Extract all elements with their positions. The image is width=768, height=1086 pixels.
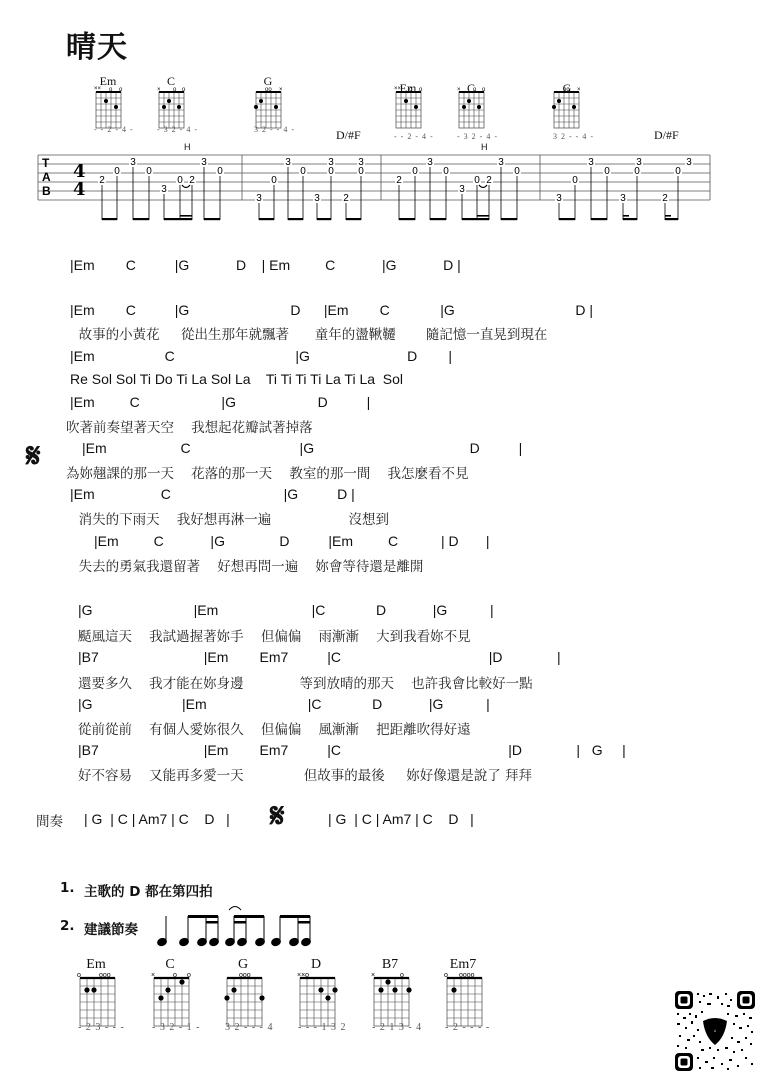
chord-fingering: - 2 1 3 - 4 bbox=[372, 1022, 422, 1033]
chorus-chord-line: |G |Em |C D |G | bbox=[78, 601, 494, 619]
segno-icon: 𝄋 bbox=[270, 796, 285, 836]
qr-code[interactable]: ♫ bbox=[675, 991, 755, 1071]
svg-text:o: o bbox=[400, 972, 404, 979]
chord-fingering: - 2 - - - - bbox=[445, 1022, 490, 1033]
chord-fingering: 3 2 - - 4 - bbox=[254, 125, 295, 134]
svg-text:×: × bbox=[371, 972, 375, 979]
guitar-tab-staff: T A B 4 4 2 0 3 0 3 0 2 3 0 3 0 3 0 3 3 … bbox=[0, 150, 768, 230]
verse-solfege-line: Re Sol Sol Ti Do Ti La Sol La Ti Ti Ti T… bbox=[70, 370, 403, 388]
svg-text:0: 0 bbox=[328, 166, 334, 177]
svg-text:2: 2 bbox=[396, 175, 402, 186]
interlude-chords-2: | G | C | Am7 | C D | bbox=[328, 810, 474, 828]
svg-text:ooo: ooo bbox=[99, 972, 111, 979]
chord-label: G bbox=[547, 81, 587, 96]
chord-label: G bbox=[248, 74, 288, 89]
prechorus-lyric-line: 為妳翹課的那一天 花落的那一天 教室的那一間 我怎麼看不見 bbox=[66, 462, 469, 482]
svg-text:2: 2 bbox=[343, 193, 349, 204]
chorus-chord-line: |B7 |Em Em7 |C |D | G | bbox=[78, 741, 626, 759]
svg-text:3: 3 bbox=[201, 157, 207, 168]
bottom-chord-diagrams: oooo ×oo ooo ××o ×o ooooo bbox=[0, 970, 520, 1028]
svg-text:3: 3 bbox=[588, 157, 594, 168]
svg-text:o: o bbox=[77, 972, 81, 979]
chorus-chord-line: |B7 |Em Em7 |C |D | bbox=[78, 648, 561, 666]
svg-text:0: 0 bbox=[300, 166, 306, 177]
svg-text:×: × bbox=[151, 972, 155, 979]
svg-text:3: 3 bbox=[161, 184, 167, 195]
svg-text:3: 3 bbox=[427, 157, 433, 168]
svg-text:4: 4 bbox=[73, 179, 86, 200]
song-title: 晴天 bbox=[66, 22, 128, 66]
svg-text:0: 0 bbox=[514, 166, 520, 177]
interlude-chords-1: | G | C | Am7 | C D | bbox=[84, 810, 230, 828]
note-2-text: 建議節奏 bbox=[84, 918, 138, 938]
slash-chord-label: D/#F bbox=[654, 128, 679, 143]
svg-text:××o: ××o bbox=[297, 972, 309, 979]
svg-text:0: 0 bbox=[114, 166, 120, 177]
svg-text:ooo: ooo bbox=[239, 972, 251, 979]
chord-fingering: - - - 1 3 2 bbox=[298, 1022, 347, 1033]
svg-text:A: A bbox=[42, 170, 51, 184]
prechorus-chord-line: |Em C |G D |Em C | D | bbox=[94, 532, 489, 550]
svg-text:B: B bbox=[42, 184, 51, 198]
chord-fingering: - 3 2 - 1 - bbox=[152, 1022, 201, 1033]
svg-text:0: 0 bbox=[474, 175, 480, 186]
verse-chord-line: |Em C |G D | bbox=[70, 393, 370, 411]
svg-text:♫: ♫ bbox=[714, 1028, 717, 1033]
prechorus-chord-line: |Em C |G D | bbox=[70, 485, 355, 503]
chord-fingering: 3 2 - - - 4 bbox=[225, 1022, 274, 1033]
svg-text:0: 0 bbox=[572, 175, 578, 186]
svg-text:0: 0 bbox=[412, 166, 418, 177]
svg-text:0: 0 bbox=[358, 166, 364, 177]
svg-text:2: 2 bbox=[486, 175, 492, 186]
svg-text:0: 0 bbox=[675, 166, 681, 177]
svg-text:2: 2 bbox=[99, 175, 105, 186]
svg-text:0: 0 bbox=[177, 175, 183, 186]
chord-fingering: - - 2 - 4 - bbox=[94, 125, 134, 134]
note-2-number: 2. bbox=[60, 918, 75, 934]
chord-diagram-g: ooo bbox=[224, 972, 264, 1026]
svg-text:3: 3 bbox=[459, 184, 465, 195]
svg-text:2: 2 bbox=[189, 175, 195, 186]
chord-diagram-c: ×oo bbox=[157, 87, 186, 128]
chorus-lyric-line: 颳風這天 我試過握著妳手 但偏偏 雨漸漸 大到我看妳不見 bbox=[78, 625, 471, 645]
note-1-number: 1. bbox=[60, 880, 75, 896]
chord-diagram-b7: ×o bbox=[371, 972, 412, 1026]
chord-fingering: 3 2 - - 4 - bbox=[553, 132, 594, 141]
svg-text:o: o bbox=[173, 972, 177, 979]
intro-chord-line: |Em C |G D | Em C |G D | bbox=[70, 256, 461, 274]
svg-text:3: 3 bbox=[620, 193, 626, 204]
note-1-text: 主歌的 D 都在第四拍 bbox=[84, 880, 213, 900]
chord-diagram-g: oo× bbox=[254, 87, 283, 128]
rhythm-notation bbox=[155, 900, 345, 950]
chord-fingering: - - 2 - 4 - bbox=[394, 132, 434, 141]
svg-text:3: 3 bbox=[130, 157, 136, 168]
verse-lyric-line: 故事的小黃花 從出生那年就飄著 童年的盪鞦韆 隨記憶一直晃到現在 bbox=[70, 323, 547, 343]
svg-text:0: 0 bbox=[443, 166, 449, 177]
svg-text:3: 3 bbox=[498, 157, 504, 168]
svg-text:3: 3 bbox=[314, 193, 320, 204]
svg-text:oooo: oooo bbox=[459, 972, 475, 979]
chorus-chord-line: |G |Em |C D |G | bbox=[78, 695, 490, 713]
verse-chord-line: |Em C |G D |Em C |G D | bbox=[70, 301, 593, 319]
prechorus-lyric-line: 失去的勇氣我還留著 好想再問一遍 妳會等待還是離開 bbox=[70, 555, 423, 575]
svg-text:T: T bbox=[42, 156, 50, 170]
chord-fingering: - 2 3 - - - bbox=[78, 1022, 125, 1033]
chord-diagram-em: ××oo bbox=[94, 86, 123, 128]
segno-icon: 𝄋 bbox=[26, 436, 41, 476]
svg-text:0: 0 bbox=[271, 175, 277, 186]
svg-text:3: 3 bbox=[556, 193, 562, 204]
svg-text:0: 0 bbox=[146, 166, 152, 177]
svg-text:o: o bbox=[187, 972, 191, 979]
svg-text:o: o bbox=[444, 972, 448, 979]
chord-label: Em bbox=[88, 74, 128, 89]
svg-text:3: 3 bbox=[285, 157, 291, 168]
verse-chord-line: |Em C |G D | bbox=[70, 347, 452, 365]
svg-text:2: 2 bbox=[662, 193, 668, 204]
chord-diagram-em7: ooooo bbox=[444, 972, 482, 1026]
svg-text:0: 0 bbox=[634, 166, 640, 177]
chord-diagram-em: oooo bbox=[77, 972, 115, 1026]
svg-text:3: 3 bbox=[256, 193, 262, 204]
prechorus-lyric-line: 消失的下雨天 我好想再淋一遍 沒想到 bbox=[70, 508, 389, 528]
chord-fingering: - 3 2 - 4 - bbox=[457, 132, 498, 141]
chord-diagram-d: ××o bbox=[297, 972, 338, 1026]
interlude-label: 間奏 bbox=[36, 810, 63, 830]
chorus-lyric-line: 好不容易 又能再多愛一天 但故事的最後 妳好像還是說了 拜拜 bbox=[78, 764, 532, 784]
verse-lyric-line: 吹著前奏望著天空 我想起花瓣試著掉落 bbox=[66, 416, 313, 436]
chord-label: C bbox=[151, 74, 191, 89]
prechorus-chord-line: |Em C |G D | bbox=[82, 439, 522, 457]
chorus-lyric-line: 從前從前 有個人愛妳很久 但偏偏 風漸漸 把距離吹得好遠 bbox=[78, 718, 471, 738]
slash-chord-label: D/#F bbox=[336, 128, 361, 143]
chord-label: Em bbox=[388, 81, 428, 96]
chorus-lyric-line: 還要多久 我才能在妳身邊 等到放晴的那天 也許我會比較好一點 bbox=[78, 672, 533, 692]
svg-text:0: 0 bbox=[604, 166, 610, 177]
svg-text:0: 0 bbox=[217, 166, 223, 177]
svg-text:3: 3 bbox=[686, 157, 692, 168]
chord-label: C bbox=[451, 81, 491, 96]
chord-diagram-c: ×oo bbox=[151, 972, 191, 1026]
chord-fingering: - 3 2 - 4 - bbox=[157, 125, 198, 134]
